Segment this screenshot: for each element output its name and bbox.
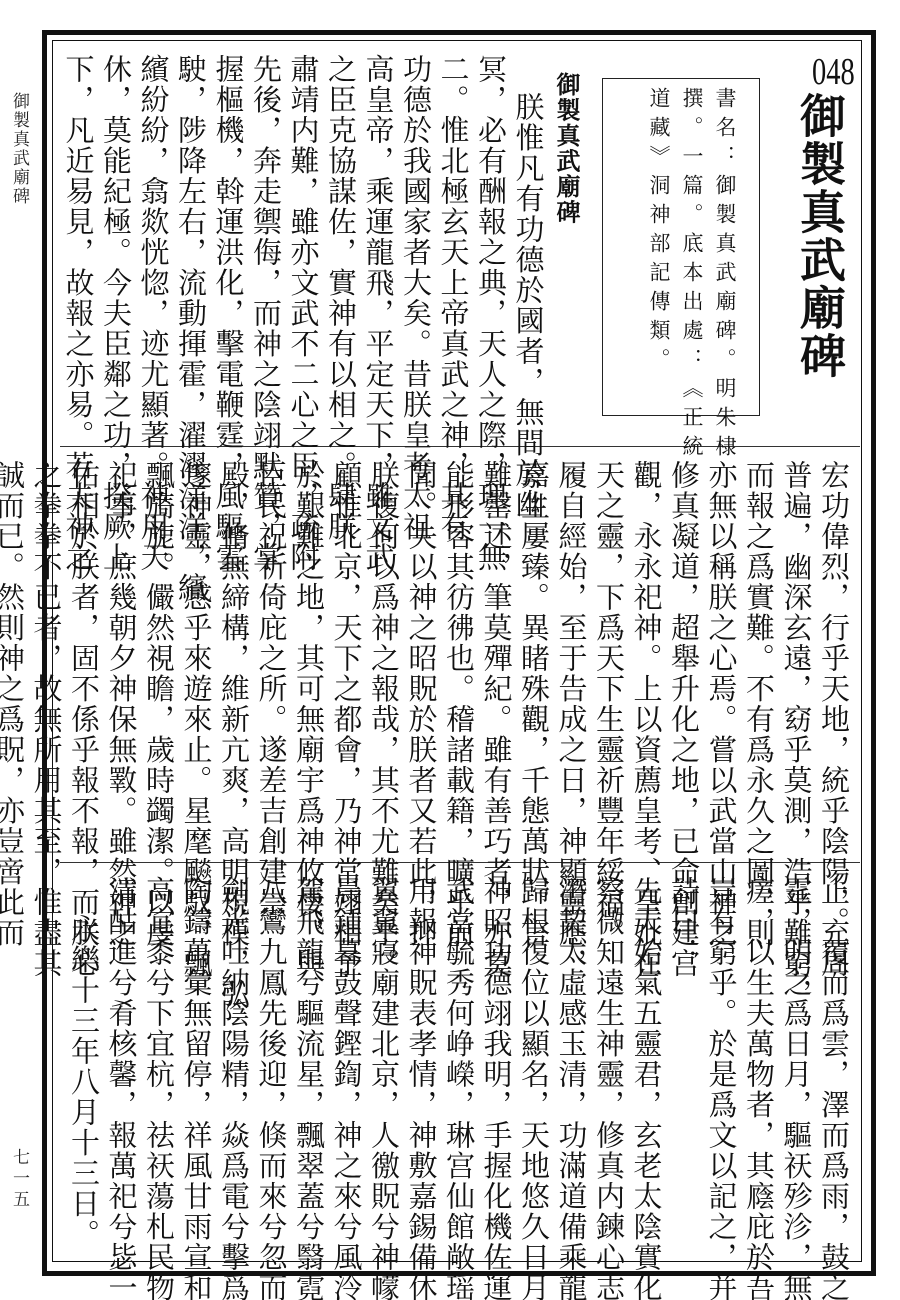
poem-line: 清酤進兮肴核馨，報萬祀兮毖一誠。 bbox=[102, 866, 140, 1262]
text-heading: 御製真武廟碑 bbox=[547, 44, 585, 444]
poem-line: 八鸞九鳳先後迎，倏而來兮忽而升。 bbox=[252, 866, 290, 1262]
text-column: 顧惟北京，天下之都會，乃神常翊相予 bbox=[327, 450, 365, 860]
bibliographic-note-box: 書名：御製真武廟碑。明朱棣 撰。一篇。底本出處：《正統 道藏》洞神部記傳類。 bbox=[602, 78, 760, 416]
poem-line: 晨鍾暮鼓聲鏗鍧，神之來兮風泠泠。 bbox=[327, 866, 365, 1262]
entry-number: 048 bbox=[812, 52, 842, 92]
text-columns: 宏功偉烈，行乎天地，統乎陰陽，充周 普遍，幽深玄遠，窈乎莫測，浩乎難窮， 而報之… bbox=[0, 450, 852, 860]
text-column: 之拳拳不已者，故無所用其至，惟盡其 bbox=[27, 450, 65, 860]
text-column: 豈有窮乎。於是爲文以記之，并系以 bbox=[702, 866, 740, 1262]
poem-line: 駕飛龍兮驅流星，飄翠蓋兮翳霓旌。 bbox=[290, 866, 328, 1262]
page-number: 七一五 bbox=[8, 1148, 32, 1211]
text-column: 難罄述，筆莫殫紀。雖有善巧者，亦莫 bbox=[477, 450, 515, 860]
text-column: 誠而已。然則神之爲貺，亦豈啻此而 bbox=[0, 450, 27, 860]
poem-line: 劍光吐納陰陽精，焱爲電兮擊爲霆。 bbox=[215, 866, 253, 1262]
text-column: 駛，陟降左右，流動揮霍，濯濯洋洋，繽 bbox=[172, 44, 210, 444]
poem-line: 用報神貺表孝情，神敷嘉錫備休徵。 bbox=[402, 866, 440, 1262]
poem-intro: 詩曰： bbox=[665, 866, 703, 1262]
text-column: 宏功偉烈，行乎天地，統乎陰陽，充周 bbox=[815, 450, 853, 860]
text-column: 觀，永永祀神。上以資薦皇考、皇妣在 bbox=[627, 450, 665, 860]
running-head: 御製真武廟碑 bbox=[8, 92, 32, 206]
meta-line: 撰。一篇。底本出處：《正統 bbox=[675, 87, 708, 415]
text-column: 繽紛紛，翕欻恍惚，迹尤顯著。神用天 bbox=[134, 44, 172, 444]
text-column: 而報之爲實難。不有爲永久之圖，則 bbox=[740, 450, 778, 860]
text-column: 冥，必有酬報之典，天人之際，理一無 bbox=[472, 44, 510, 444]
poem-line: 察微知遠生神靈，修真内鍊心志寧。 bbox=[590, 866, 628, 1262]
text-column: 高皇帝，乘運龍飛，平定天下，雖文武 bbox=[359, 44, 397, 444]
text-column: 握樞機，斡運洪化，擊電鞭霆，風驅雲 bbox=[209, 44, 247, 444]
poem-line: 潛契太虛感玉清，功滿道備乘龍行。 bbox=[552, 866, 590, 1262]
text-column: 履自經始，至于告成之日，神顯靈應， bbox=[552, 450, 590, 860]
text-column: 普遍，幽深玄遠，窈乎莫測，浩乎難窮， bbox=[777, 450, 815, 860]
poem-line: 先天始氣五靈君，玄老太陰實化成。 bbox=[627, 866, 665, 1262]
text-column: 嘉生屢臻。異睹殊觀，千態萬狀。言 bbox=[515, 450, 553, 860]
text-column: 止。覆而爲雲，澤而爲雨，鼓之爲雷 bbox=[815, 866, 853, 1262]
text-column: 二。惟北極玄天上帝真武之神，其有 bbox=[434, 44, 472, 444]
text-column: 功德於我國家者大矣。昔朕皇考太祖 bbox=[397, 44, 435, 444]
text-columns: 御製真武廟碑 朕惟凡有功德於國者，無間於幽 冥，必有酬報之典，天人之際，理一無 … bbox=[59, 44, 584, 444]
poem-line: 歸根復位以顯名，天地悠久日月并。 bbox=[515, 866, 553, 1262]
text-column: 佑相於朕者，固不係乎報不報，而朕心 bbox=[65, 450, 103, 860]
poem-line: 神昭功德翊我明，手握化機佐運興。 bbox=[477, 866, 515, 1262]
meta-line: 道藏》洞神部記傳類。 bbox=[642, 87, 675, 415]
text-column: 朕復何以爲神之報哉，其不尤難矣乎。 bbox=[365, 450, 403, 860]
text-column: 霆，明之爲日月，驅祆殄沴，無水旱札 bbox=[777, 866, 815, 1262]
text-column: 祀事，庶幾朝夕神保無斁。雖然神之 bbox=[102, 450, 140, 860]
poem-line: 翼翼寢廟建北京，人徼貺兮神幪帡。 bbox=[365, 866, 403, 1262]
text-column: 朕惟凡有功德於國者，無間於幽 bbox=[509, 44, 547, 444]
text-column: 下，凡近易見，故報之亦易。若夫神之 bbox=[59, 44, 97, 444]
text-column: 瘥，以生夫萬物者，其廕庇於吾民，又 bbox=[740, 866, 778, 1262]
text-column: 殿，脩無締構，維新亢爽，高明規模，弘 bbox=[215, 450, 253, 860]
entry-title: 御製真武廟碑 bbox=[798, 92, 842, 380]
text-column: 飄旖旎。儼然視瞻，歲時蠲潔。以虔 bbox=[140, 450, 178, 860]
band-middle: 宏功偉烈，行乎天地，統乎陰陽，充周 普遍，幽深玄遠，窈乎莫測，浩乎難窮， 而報之… bbox=[60, 450, 860, 860]
text-column: 先後，奔走禦侮，而神之陰翊默贊，掌 bbox=[247, 44, 285, 444]
band-top: 048 御製真武廟碑 書名：御製真武廟碑。明朱棣 撰。一篇。底本出處：《正統 道… bbox=[60, 44, 860, 444]
text-column: 修真凝道，超舉升化之地，已命創建宫 bbox=[665, 450, 703, 860]
text-column: 休，莫能紀極。今夫臣鄰之功，揆厥上 bbox=[97, 44, 135, 444]
text-column: 於艱難之地，其可無廟宇爲神攸棲，與 bbox=[290, 450, 328, 860]
date-line: 永樂十三年八月十三日。 bbox=[65, 866, 103, 1262]
text-column: 肅靖内難，雖亦文武不二心之臣，疏附 bbox=[284, 44, 322, 444]
text-column: 臣民祝祈倚庇之所。遂差吉創建崇 bbox=[252, 450, 290, 860]
text-column: 能形容其彷彿也。稽諸載籍，曠乎前 bbox=[440, 450, 478, 860]
poem-line: 高宜黍兮下宜杭，祛祆蕩札民物亨。 bbox=[140, 866, 178, 1262]
text-column: 聞。夫以神之昭貺於朕者又若此，抑 bbox=[402, 450, 440, 860]
text-column: 天之靈，下爲天下生靈祈豐年綏福。 bbox=[590, 450, 628, 860]
text-column: 邃神靈，感乎來遊來止。星麾飈馭，飄 bbox=[177, 450, 215, 860]
band-bottom: 止。覆而爲雲，澤而爲雨，鼓之爲雷 霆，明之爲日月，驅祆殄沴，無水旱札 瘥，以生夫… bbox=[60, 866, 860, 1262]
text-column: 之臣克協謀佐，實神有以相之。肆朕 bbox=[322, 44, 360, 444]
poem-line: 陶鑄萬彙無留停，祥風甘雨宣和平。 bbox=[177, 866, 215, 1262]
text-column: 亦無以稱朕之心焉。嘗以武當山神之 bbox=[702, 450, 740, 860]
meta-line: 書名：御製真武廟碑。明朱棣 bbox=[708, 87, 741, 415]
poem-line: 武當毓秀何峥嶸，琳宫仙館敞瑶瓊。 bbox=[440, 866, 478, 1262]
text-columns: 止。覆而爲雲，澤而爲雨，鼓之爲雷 霆，明之爲日月，驅祆殄沴，無水旱札 瘥，以生夫… bbox=[65, 866, 853, 1262]
